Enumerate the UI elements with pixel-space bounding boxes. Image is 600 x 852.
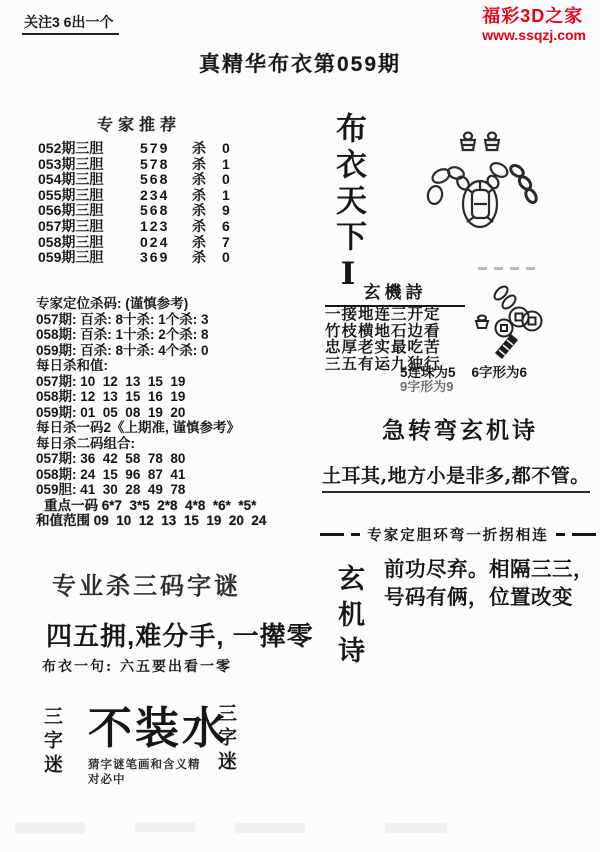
row-kill-label: 杀 <box>192 247 222 267</box>
row-numbers: 579 <box>140 140 192 156</box>
banner-left-bar-small <box>351 533 360 536</box>
caption-6: 6字形为6 <box>472 361 528 381</box>
caption-9: 9字形为9 <box>400 376 453 395</box>
daily-kill-two-row: 059胆: 41 30 28 49 78 <box>36 478 300 494</box>
expert-recommend-heading: 专家推荐 <box>97 112 181 135</box>
row-kill-value: 6 <box>222 218 242 234</box>
row-kill-value: 1 <box>222 187 242 203</box>
expert-row: 055期三胆234杀1 <box>38 185 268 201</box>
scan-smudge <box>135 822 195 832</box>
smudge-marks <box>478 267 535 270</box>
row-numbers: 568 <box>140 171 192 187</box>
xuanji-shi-line: 号码有俩，位置改变 <box>384 584 596 612</box>
expert-row: 054期三胆568杀0 <box>38 169 268 185</box>
expert-row: 059期三胆369杀0 <box>38 247 268 263</box>
position-kill-row: 058期: 百杀: 1十杀: 2个杀: 8 <box>36 323 300 339</box>
sum-range-line: 和值范围 09 10 12 13 15 19 20 24 <box>36 509 300 525</box>
position-kill-row: 059期: 百杀: 8十杀: 4个杀: 0 <box>36 339 300 355</box>
banner-right-bar <box>572 533 596 536</box>
riddle-footnote-line2: 对必中 <box>88 771 126 787</box>
turtle-chain-doodle <box>396 124 572 252</box>
xuanji-poem-line: 竹枝横地石边看 <box>325 324 465 341</box>
xuanji-poem-line: 一接地连三开定 <box>325 307 465 324</box>
xuanji-poem-box: 玄機詩 一接地连三开定 竹枝横地石边看 忠厚老实最吃苦 三五有运九独行 <box>325 278 465 373</box>
sharp-turn-line: 土耳其,地方小是非多,都不管。 <box>322 461 590 493</box>
three-char-riddle-label-right: 三字迷 <box>212 703 239 775</box>
row-numbers: 369 <box>140 249 192 265</box>
three-code-riddle-heading: 专业杀三码字谜 <box>52 566 241 601</box>
daily-kill-sum-row: 059期: 01 05 08 19 20 <box>36 401 300 417</box>
row-numbers: 568 <box>140 202 192 218</box>
banner-left-bar <box>320 533 344 536</box>
three-code-riddle-line: 四五拥,难分手, 一撵零 <box>46 616 314 653</box>
row-kill-value: 0 <box>222 171 242 187</box>
scan-smudge <box>15 822 85 834</box>
brand-block: 福彩3D之家 www.ssqzj.com <box>482 6 586 43</box>
expert-row: 056期三胆568杀9 <box>38 200 268 216</box>
row-period: 059期三胆 <box>38 247 140 267</box>
expert-row: 057期三胆123杀6 <box>38 216 268 232</box>
xuanji-shi-vertical-title: 玄机诗 <box>330 564 369 672</box>
row-kill-value: 9 <box>222 202 242 218</box>
row-kill-value: 1 <box>222 156 242 172</box>
row-kill-value: 7 <box>222 234 242 250</box>
daily-kill-two-row: 057期: 36 42 58 78 80 <box>36 447 300 463</box>
expert-recommend-list: 052期三胆579杀0 053期三胆578杀1 054期三胆568杀0 055期… <box>38 138 268 263</box>
three-char-riddle-label-left: 三字迷 <box>38 706 65 778</box>
daily-kill-one-line: 每日杀一码2《上期准, 谨慎参考》 <box>36 416 300 432</box>
banner-text: 专家定胆环弯一折拐相连 <box>367 524 549 545</box>
xuanji-poem-heading: 玄機詩 <box>325 278 465 307</box>
riddle-footnote-line1: 猜字谜笔画和含义精 <box>88 756 201 772</box>
scan-smudge <box>385 823 447 833</box>
daily-kill-sum-row: 058期: 12 13 15 16 19 <box>36 385 300 401</box>
xuanji-poem-line: 忠厚老实最吃苦 <box>325 340 465 357</box>
brand-url: www.ssqzj.com <box>482 27 586 43</box>
scanned-lottery-sheet: 关注3 6出一个 福彩3D之家 www.ssqzj.com 真精华布衣第059期… <box>0 0 600 852</box>
expert-dingdan-banner: 专家定胆环弯一折拐相连 <box>320 524 596 545</box>
xuanji-shi-line: 前功尽弃。相隔三三， <box>384 556 596 584</box>
key-one-code-line: 重点一码 6*7 3*5 2*8 4*8 *6* *5* <box>36 494 300 510</box>
kill-section: 专家定位杀码: (谨慎参考) 057期: 百杀: 8十杀: 1个杀: 3 058… <box>36 292 300 525</box>
brand-name: 福彩3D之家 <box>482 6 586 27</box>
xuanji-shi-text: 前功尽弃。相隔三三， 号码有俩，位置改变 <box>384 556 596 612</box>
position-kill-row: 057期: 百杀: 8十杀: 1个杀: 3 <box>36 308 300 324</box>
buyi-sentence-line: 布衣一句: 六五要出看一零 <box>42 656 232 676</box>
sharp-turn-heading: 急转弯玄机诗 <box>322 412 598 445</box>
row-numbers: 578 <box>140 156 192 172</box>
buyi-tianxia-vertical-title: 布衣天下I <box>326 112 371 297</box>
expert-row: 053期三胆578杀1 <box>38 154 268 170</box>
daily-kill-two-row: 058期: 24 15 96 87 41 <box>36 463 300 479</box>
daily-kill-sum-row: 057期: 10 12 13 15 19 <box>36 370 300 386</box>
position-kill-heading: 专家定位杀码: (谨慎参考) <box>36 292 300 308</box>
row-numbers: 024 <box>140 234 192 250</box>
watch-note: 关注3 6出一个 <box>22 12 119 35</box>
row-kill-value: 0 <box>222 140 242 156</box>
coin-bead-doodle <box>455 272 570 364</box>
expert-row: 052期三胆579杀0 <box>38 138 268 154</box>
page-title: 真精华布衣第059期 <box>0 48 600 78</box>
banner-right-bar-small <box>556 533 565 536</box>
three-char-riddle-answer: 不装水 <box>88 692 229 756</box>
row-numbers: 123 <box>140 218 192 234</box>
expert-row: 058期三胆024杀7 <box>38 232 268 248</box>
row-kill-value: 0 <box>222 249 242 265</box>
row-numbers: 234 <box>140 187 192 203</box>
scan-smudge <box>235 823 305 833</box>
